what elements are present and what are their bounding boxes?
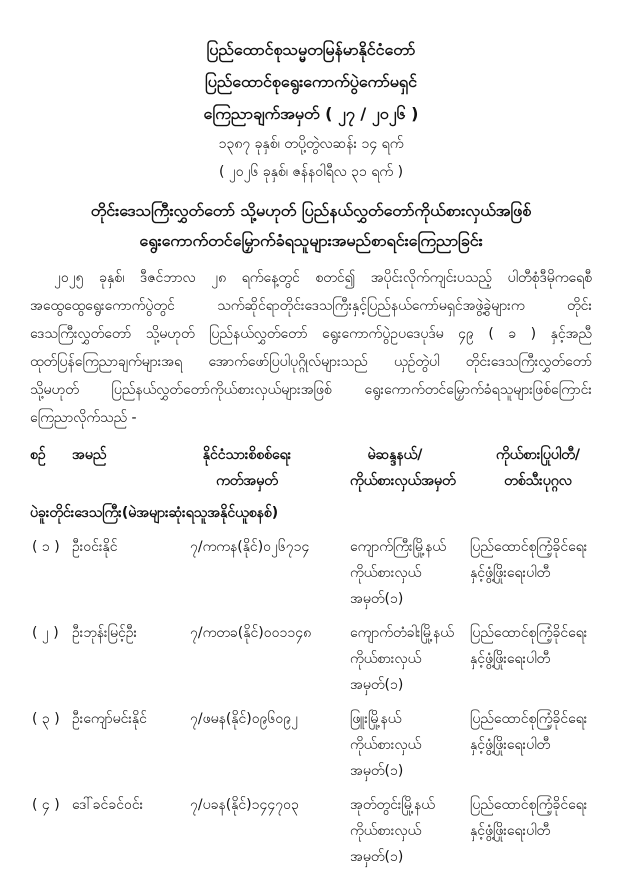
- announcement-number: ကြေညာချက်အမှတ် ( ၂၇ / ၂၀၂၆ ): [30, 98, 592, 130]
- constituency-cell: ဖြူးမြို့နယ် ကိုယ်စားလှယ် အမှတ်(၁): [350, 706, 470, 784]
- party-cell: ပြည်ထောင်စုကြံ့ခိုင်ရေး နှင့်ဖွံ့ဖြိုးရေ…: [470, 534, 592, 586]
- col-header-constituency-line2: ကိုယ်စားလှယ်အမှတ်: [350, 468, 440, 494]
- party-name-line2: နှင့်ဖွံ့ဖြိုးရေးပါတီ: [470, 818, 592, 844]
- table-row: ( ၂ ) ဦးဘုန်းမြင့်ဦး ၇/ကတခ(နိုင်)၀၀၁၁၄၈ …: [30, 620, 592, 698]
- table-header: စဉ် အမည် နိုင်ငံသားစိစစ်ရေး ကတ်အမှတ် မဲဆ…: [30, 442, 592, 494]
- col-header-nrc-line1: နိုင်ငံသားစိစစ်ရေး: [190, 442, 304, 468]
- constituency-seat-number: အမှတ်(၁): [350, 844, 470, 870]
- col-header-nrc: နိုင်ငံသားစိစစ်ရေး ကတ်အမှတ်: [190, 442, 350, 494]
- candidate-name: ဦးဘုန်းမြင့်ဦး: [72, 620, 190, 646]
- table-row: ( ၃ ) ဦးကျော်မင်းနိုင် ၇/ဖမန(နိုင်)၀၉၆၀၉…: [30, 706, 592, 784]
- constituency-township: ကျောက်ကြီးမြို့နယ်: [350, 534, 470, 560]
- nrc-number: ၇/ဖမန(နိုင်)၀၉၆၀၉၂: [190, 706, 350, 732]
- party-name-line2: နှင့်ဖွံ့ဖြိုးရေးပါတီ: [470, 732, 592, 758]
- gregorian-date: ( ၂၀၂၆ ခုနှစ်၊ ဇန်နဝါရီလ ၃၁ ရက် ): [30, 158, 592, 186]
- constituency-seat-number: အမှတ်(၁): [350, 758, 470, 784]
- party-cell: ပြည်ထောင်စုကြံ့ခိုင်ရေး နှင့်ဖွံ့ဖြိုးရေ…: [470, 620, 592, 672]
- col-header-party: ကိုယ်စားပြုပါတီ/ တစ်သီးပုဂ္ဂလ: [470, 442, 592, 494]
- document-header: ပြည်ထောင်စုသမ္မတမြန်မာနိုင်ငံတော် ပြည်ထေ…: [30, 34, 592, 186]
- candidate-name: ဦးကျော်မင်းနိုင်: [72, 706, 190, 732]
- col-header-constituency-line1: မဲဆန္ဒနယ်/: [350, 442, 440, 468]
- party-name-line2: နှင့်ဖွံ့ဖြိုးရေးပါတီ: [470, 646, 592, 672]
- constituency-cell: ကျောက်တံခါးမြို့နယ် ကိုယ်စားလှယ် အမှတ်(၁…: [350, 620, 470, 698]
- constituency-cell: ကျောက်ကြီးမြို့နယ် ကိုယ်စားလှယ် အမှတ်(၁): [350, 534, 470, 612]
- constituency-representative-label: ကိုယ်စားလှယ်: [350, 732, 470, 758]
- table-row: ( ၁ ) ဦးဝင်းနိုင် ၇/ကကန(နိုင်)၀၂၆၇၁၄ ကျေ…: [30, 534, 592, 612]
- body-paragraph: ၂၀၂၅ ခုနှစ်၊ ဒီဇင်ဘာလ ၂၈ ရက်နေ့တွင် စတင်…: [30, 264, 592, 432]
- paragraph-line: ထုတ်ပြန်ကြေညာချက်များအရ အောက်ဖော်ပြပါပုဂ…: [30, 348, 592, 376]
- party-cell: ပြည်ထောင်စုကြံ့ခိုင်ရေး နှင့်ဖွံ့ဖြိုးရေ…: [470, 706, 592, 758]
- constituency-seat-number: အမှတ်(၁): [350, 672, 470, 698]
- party-name-line1: ပြည်ထောင်စုကြံ့ခိုင်ရေး: [470, 534, 592, 560]
- row-number: ( ၄ ): [30, 792, 72, 818]
- row-number: ( ၃ ): [30, 706, 72, 732]
- paragraph-closing-line: ကြေညာလိုက်သည် -: [30, 404, 592, 432]
- document-page: ပြည်ထောင်စုသမ္မတမြန်မာနိုင်ငံတော် ပြည်ထေ…: [0, 0, 620, 892]
- constituency-cell: အုတ်တွင်းမြို့နယ် ကိုယ်စားလှယ် အမှတ်(၁): [350, 792, 470, 870]
- nrc-number: ၇/ကကန(နိုင်)၀၂၆၇၁၄: [190, 534, 350, 560]
- constituency-township: အုတ်တွင်းမြို့နယ်: [350, 792, 470, 818]
- myanmar-calendar-date: ၁၃၈၇ ခုနှစ်၊ တပို့တွဲလဆန်း ၁၄ ရက်: [30, 130, 592, 158]
- col-header-nrc-line2: ကတ်အမှတ်: [190, 468, 304, 494]
- paragraph-line: ၂၀၂၅ ခုနှစ်၊ ဒီဇင်ဘာလ ၂၈ ရက်နေ့တွင် စတင်…: [30, 264, 592, 292]
- nrc-number: ၇/ပခန(နိုင်)၁၄၄၇၀၃: [190, 792, 350, 818]
- party-name-line2: နှင့်ဖွံ့ဖြိုးရေးပါတီ: [470, 560, 592, 586]
- commission-name: ပြည်ထောင်စုရွေးကောက်ပွဲကော်မရှင်: [30, 66, 592, 98]
- paragraph-line: အထွေထွေရွေးကောက်ပွဲတွင် သက်ဆိုင်ရာတိုင်း…: [30, 292, 592, 320]
- announcement-title-line2: ရွေးကောက်တင်မြှောက်ခံရသူများအမည်စာရင်းကြ…: [30, 226, 592, 256]
- paragraph-line: ဒေသကြီးလွှတ်တော် သို့မဟုတ် ပြည်နယ်လွှတ်တ…: [30, 320, 592, 348]
- party-name-line1: ပြည်ထောင်စုကြံ့ခိုင်ရေး: [470, 792, 592, 818]
- announcement-title: တိုင်းဒေသကြီးလွှတ်တော် သို့မဟုတ် ပြည်နယ်…: [30, 196, 592, 256]
- party-cell: ပြည်ထောင်စုကြံ့ခိုင်ရေး နှင့်ဖွံ့ဖြိုးရေ…: [470, 792, 592, 844]
- constituency-representative-label: ကိုယ်စားလှယ်: [350, 646, 470, 672]
- col-header-constituency: မဲဆန္ဒနယ်/ ကိုယ်စားလှယ်အမှတ်: [350, 442, 470, 494]
- row-number: ( ၁ ): [30, 534, 72, 560]
- constituency-seat-number: အမှတ်(၁): [350, 586, 470, 612]
- col-header-name: အမည်: [72, 442, 190, 468]
- region-section-title: ပဲခူးတိုင်းဒေသကြီး(မဲအများဆုံးရသူအနိုင်ယ…: [30, 500, 592, 526]
- constituency-representative-label: ကိုယ်စားလှယ်: [350, 818, 470, 844]
- state-name: ပြည်ထောင်စုသမ္မတမြန်မာနိုင်ငံတော်: [30, 34, 592, 66]
- row-number: ( ၂ ): [30, 620, 72, 646]
- candidate-name: ဦးဝင်းနိုင်: [72, 534, 190, 560]
- constituency-township: ကျောက်တံခါးမြို့နယ်: [350, 620, 470, 646]
- col-header-party-line1: ကိုယ်စားပြုပါတီ/: [484, 442, 592, 468]
- col-header-serial: စဉ်: [30, 442, 72, 468]
- nrc-number: ၇/ကတခ(နိုင်)၀၀၁၁၄၈: [190, 620, 350, 646]
- paragraph-line: သို့မဟုတ် ပြည်နယ်လွှတ်တော်ကိုယ်စားလှယ်မျ…: [30, 376, 592, 404]
- table-row: ( ၄ ) ဒေါ်ခင်ခင်ဝင်း ၇/ပခန(နိုင်)၁၄၄၇၀၃ …: [30, 792, 592, 870]
- announcement-title-line1: တိုင်းဒေသကြီးလွှတ်တော် သို့မဟုတ် ပြည်နယ်…: [30, 196, 592, 226]
- col-header-party-line2: တစ်သီးပုဂ္ဂလ: [484, 468, 592, 494]
- constituency-representative-label: ကိုယ်စားလှယ်: [350, 560, 470, 586]
- party-name-line1: ပြည်ထောင်စုကြံ့ခိုင်ရေး: [470, 706, 592, 732]
- constituency-township: ဖြူးမြို့နယ်: [350, 706, 470, 732]
- party-name-line1: ပြည်ထောင်စုကြံ့ခိုင်ရေး: [470, 620, 592, 646]
- candidate-name: ဒေါ်ခင်ခင်ဝင်း: [72, 792, 190, 818]
